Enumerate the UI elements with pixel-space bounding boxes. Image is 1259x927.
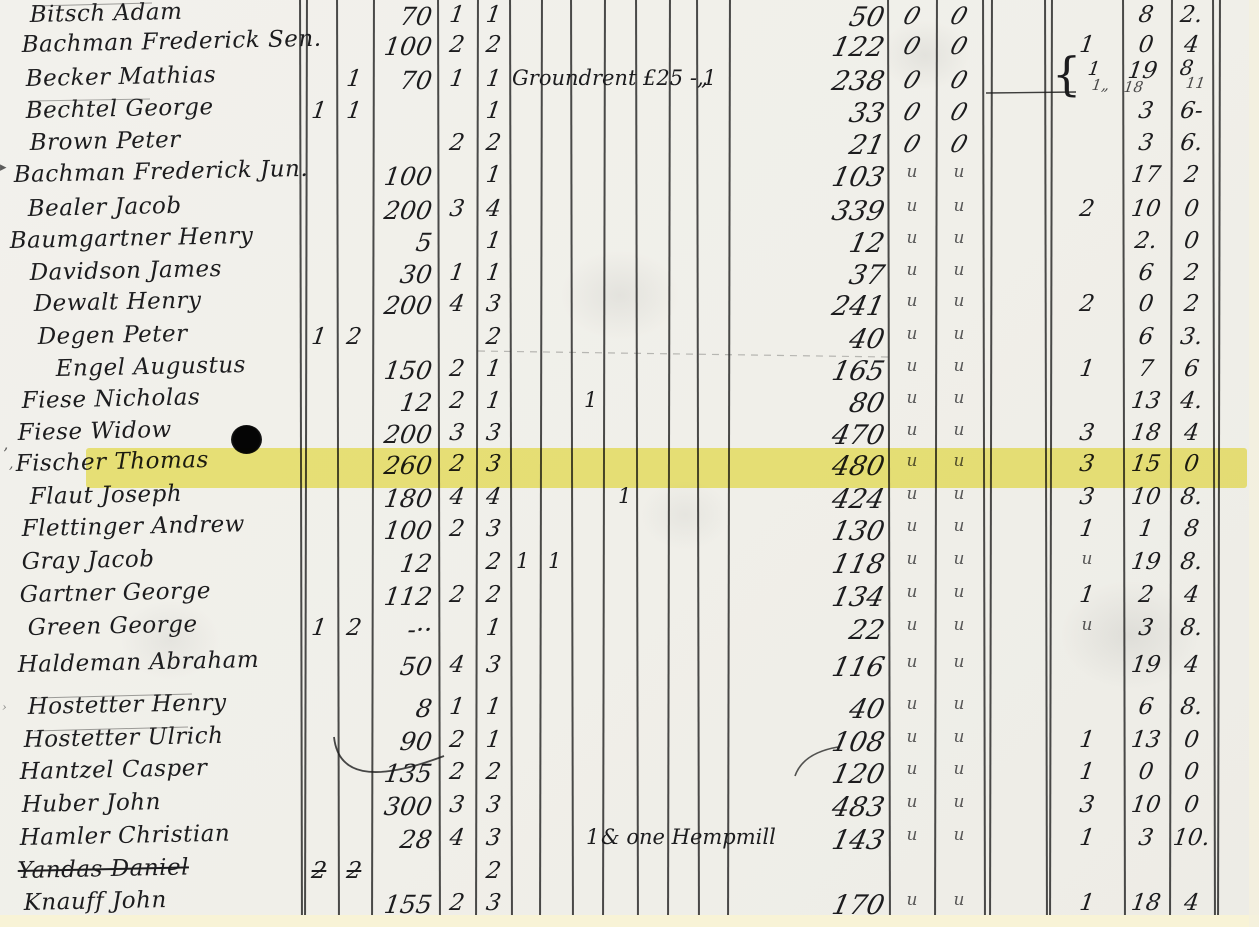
shillings-cell: 3 [1122,825,1170,851]
valuation-cell: 238 [733,66,888,97]
shillings-cell: 19 [1122,652,1170,678]
rate-col-2: u [937,356,981,376]
shillings-cell: 18 [1122,420,1170,446]
pence-cell: 8. [1169,484,1214,510]
count-col-1: 1 [438,66,476,92]
rate-col-1: u [890,825,934,845]
count-col-2: 3 [477,451,510,477]
count-col-2: 1 [477,98,510,124]
count-col-2: 1 [477,615,510,641]
count-col-1: 4 [438,291,476,317]
rate-col-1: 0 [885,2,938,30]
pounds-cell: 3 [1052,792,1122,818]
acreage-cell: -·· [362,615,434,644]
pence-cell: 3. [1169,324,1214,350]
count-col-2: 2 [477,32,510,58]
rate-col-1: u [890,356,934,376]
acreage-cell: 12 [362,388,434,417]
taxpayer-name: Degen Peter [37,321,187,350]
rate-col-2: u [937,324,981,344]
taxpayer-name: Green George [27,611,197,641]
rate-col-2: u [937,549,981,569]
ledger-row: Yandas Daniel222 [0,858,1259,890]
count-col-1: 3 [438,792,476,818]
ledger-row: Becker Mathias17011Groundrent £25 -„1238… [0,66,1259,98]
tally-col-a: 1 [300,615,338,641]
pounds-cell: 3 [1052,484,1122,510]
count-col-2: 1 [477,727,510,753]
count-col-2: 2 [477,130,510,156]
ledger-row: Bealer Jacob20034339uu2100 [0,196,1259,228]
ledger-row: Gartner George11222134uu124 [0,582,1259,614]
count-col-1: 2 [438,130,476,156]
tally-col-b: 2 [336,858,372,884]
count-col-2: 2 [477,759,510,785]
count-col-2: 3 [477,652,510,678]
ink-blot [231,425,262,454]
shillings-cell: 0 [1122,291,1170,317]
ledger-row: Degen Peter12240uu63. [0,324,1259,356]
pounds-cell: 1 [1052,727,1122,753]
shillings-cell: 7 [1122,356,1170,382]
taxpayer-name: Fiese Widow [17,417,172,446]
ledger-row: Bachman Frederick Jun.1001103uu172 [0,162,1259,194]
valuation-cell: 130 [733,516,888,547]
valuation-cell: 120 [733,759,888,790]
ledger-row: Fiese Nicholas1221180uu134. [0,388,1259,420]
valuation-cell: 21 [733,130,888,161]
pence-cell: 0 [1169,451,1214,477]
pence-cell: 10. [1169,825,1214,851]
valuation-cell: 116 [733,652,888,683]
valuation-cell: 470 [733,420,888,451]
acreage-cell: 8 [362,694,434,723]
shillings-cell: 19 [1122,549,1170,575]
acreage-cell: 200 [362,291,434,320]
shillings-cell: 3 [1122,615,1170,641]
taxpayer-name: Bechtel George [25,94,213,124]
pence-cell: 2 [1169,162,1214,188]
rate-col-2: 0 [932,130,985,158]
pounds-cell: 1 [1052,582,1122,608]
marginal-note: 1 [586,825,599,849]
count-col-2: 1 [477,66,510,92]
count-col-2: 1 [477,162,510,188]
shillings-cell: 17 [1122,162,1170,188]
taxpayer-name: Davidson James [29,256,222,286]
pounds-cell: u [1054,549,1120,569]
rate-col-1: 0 [885,66,938,94]
tally-col-a: 1 [300,324,338,350]
acreage-cell: 135 [362,759,434,788]
rate-col-1: u [890,388,934,408]
count-col-1: 4 [438,825,476,851]
ledger-row: Baumgartner Henry5112uu2.0 [0,228,1259,260]
acreage-cell: 70 [362,2,434,31]
rate-col-1: u [890,324,934,344]
taxpayer-name: Baumgartner Henry [9,223,253,254]
valuation-cell: 480 [733,451,888,482]
taxpayer-name: Hantzel Casper [19,755,207,785]
taxpayer-name: Hostetter Ulrich [23,723,223,753]
valuation-cell: 165 [733,356,888,387]
rate-col-1: u [890,228,934,248]
pence-cell: 4 [1169,890,1214,916]
shillings-cell: 6 [1122,694,1170,720]
pence-cell: 8 [1169,516,1214,542]
count-col-2: 1 [477,356,510,382]
shillings-cell: 2 [1122,582,1170,608]
pounds-cell: 1 [1052,825,1122,851]
count-col-2: 4 [477,196,510,222]
tally-col-b: 2 [336,324,372,350]
acreage-cell: 100 [362,162,434,191]
tally-col-b: 1 [336,98,372,124]
ledger-row: Haldeman Abraham5043116uu194 [0,652,1259,684]
rate-col-1: u [890,196,934,216]
taxpayer-name: Gartner George [19,578,211,608]
pence-cell: 0 [1169,196,1214,222]
shillings-cell: 8 [1122,2,1170,28]
ledger-row: Fischer Thomas26023480uu3150 [0,451,1259,483]
rate-col-2: 0 [932,98,985,126]
ledger-row: Huber John30033483uu3100 [0,792,1259,824]
pence-cell: 0 [1169,727,1214,753]
count-col-1: 2 [438,356,476,382]
valuation-cell: 108 [733,727,888,758]
shillings-cell: 13 [1122,727,1170,753]
count-col-2: 4 [477,484,510,510]
pence-cell: 8. [1169,694,1214,720]
shillings-cell: 15 [1122,451,1170,477]
count-col-2: 2 [477,858,510,884]
pence-cell: 8. [1169,549,1214,575]
marginal-note: 1 [618,484,631,508]
rate-col-1: u [890,484,934,504]
pence-cell: 2. [1169,2,1214,28]
pounds-cell-alt: 1„ [1091,76,1111,94]
taxpayer-name: Flettinger Andrew [21,511,245,542]
pounds-cell: 1 [1052,759,1122,785]
rate-col-2: u [937,162,981,182]
rate-col-1: u [890,549,934,569]
ledger-row: Brown Peter22210036. [0,130,1259,162]
rate-col-1: u [890,582,934,602]
taxpayer-name: Yandas Daniel [17,854,189,884]
pence-cell: 0 [1169,759,1214,785]
pence-cell: 4. [1169,388,1214,414]
paper-edge-bottom [0,915,1259,927]
rate-col-1: 0 [885,130,938,158]
pounds-cell: u [1054,615,1120,635]
shillings-cell: 0 [1122,759,1170,785]
rate-col-2: u [937,291,981,311]
acreage-cell: 200 [362,196,434,225]
marginal-note: 1 [516,549,529,573]
taxpayer-name: Fischer Thomas [15,447,209,477]
count-col-1: 2 [438,890,476,916]
valuation-cell: 339 [733,196,888,227]
pence-cell: 2 [1169,260,1214,286]
rate-col-2: 0 [932,2,985,30]
pounds-cell: 2 [1052,196,1122,222]
valuation-cell: 241 [733,291,888,322]
taxpayer-name: Gray Jacob [21,546,154,575]
count-col-2: 1 [477,694,510,720]
ledger-row: Green George12-··122uuu38. [0,615,1259,647]
rate-col-1: u [890,615,934,635]
pounds-cell: 1 [1052,516,1122,542]
count-col-2: 3 [477,291,510,317]
valuation-cell: 40 [733,694,888,725]
valuation-cell: 143 [733,825,888,856]
count-col-1: 2 [438,451,476,477]
count-col-2: 3 [477,792,510,818]
shillings-cell-alt: 18 [1123,78,1145,96]
rate-col-2: u [937,420,981,440]
pence-cell: 6- [1169,98,1214,124]
marginal-note: Groundrent £25 -„ [512,66,708,90]
rate-col-2: 0 [932,66,985,94]
rate-col-1: u [890,727,934,747]
acreage-cell: 260 [362,451,434,480]
ledger-row: Flaut Joseph180441424uu3108. [0,484,1259,516]
valuation-cell: 118 [733,549,888,580]
marginal-note: 1 [548,549,561,573]
acreage-cell: 200 [362,420,434,449]
rate-col-1: 0 [885,98,938,126]
taxpayer-name: Hostetter Henry [27,690,226,720]
ledger-row: Flettinger Andrew10023130uu118 [0,516,1259,548]
rate-col-1: u [890,420,934,440]
rate-col-2: u [937,516,981,536]
count-col-2: 3 [477,516,510,542]
pence-cell: 0 [1169,228,1214,254]
valuation-cell: 40 [733,324,888,355]
valuation-cell: 50 [733,2,888,33]
count-col-1: 1 [438,260,476,286]
rate-col-2: u [937,582,981,602]
marginal-note: 1 [703,66,716,90]
count-col-1: 4 [438,652,476,678]
count-col-1: 1 [438,694,476,720]
taxpayer-name: Engel Augustus [55,352,246,382]
acreage-cell: 70 [362,66,434,95]
acreage-cell: 100 [362,516,434,545]
count-col-1: 1 [438,2,476,28]
shillings-cell: 18 [1122,890,1170,916]
shillings-cell: 10 [1122,484,1170,510]
acreage-cell: 5 [362,228,434,257]
taxpayer-name: Fiese Nicholas [21,384,200,414]
count-col-1: 4 [438,484,476,510]
count-col-2: 2 [477,549,510,575]
rate-col-2: u [937,890,981,910]
acreage-cell: 100 [362,32,434,61]
ledger-row: Gray Jacob12211118uuu198. [0,549,1259,581]
pounds-cell: 1 [1052,356,1122,382]
taxpayer-name: Hamler Christian [19,821,230,851]
acreage-cell: 50 [362,652,434,681]
marginal-note: 1 [584,388,597,412]
taxpayer-name: Knauff John [23,887,167,916]
count-col-1: 2 [438,727,476,753]
taxpayer-name: Bealer Jacob [27,193,181,222]
acreage-cell: 300 [362,792,434,821]
valuation-cell: 80 [733,388,888,419]
rate-col-1: 0 [885,32,938,60]
acreage-cell: 30 [362,260,434,289]
rate-col-1: u [890,291,934,311]
pence-cell: 4 [1169,420,1214,446]
taxpayer-name: Becker Mathias [25,62,216,92]
valuation-cell: 134 [733,582,888,613]
pence-cell: 8. [1169,615,1214,641]
paper-edge-right [1249,0,1259,927]
pence-cell: 4 [1169,582,1214,608]
pence-cell: 4 [1169,32,1214,58]
shillings-cell: 10 [1122,792,1170,818]
pounds-cell: 2 [1052,291,1122,317]
ledger-row: Engel Augustus15021165uu176 [0,356,1259,388]
ledger-row: Bechtel George111330036- [0,98,1259,130]
ledger-row: Hamler Christian28431& one Hempmill143uu… [0,825,1259,857]
tally-col-a: 1 [300,98,338,124]
count-col-2: 2 [477,324,510,350]
rate-col-1: u [890,162,934,182]
count-col-2: 1 [477,260,510,286]
taxpayer-name: Flaut Joseph [29,481,182,510]
acreage-cell: 150 [362,356,434,385]
rate-col-2: u [937,615,981,635]
valuation-cell: 33 [733,98,888,129]
valuation-cell: 122 [733,32,888,63]
shillings-cell: 0 [1122,32,1170,58]
rate-col-2: u [937,759,981,779]
pence-cell: 6 [1169,356,1214,382]
rate-col-2: u [937,727,981,747]
valuation-cell: 37 [733,260,888,291]
margin-mark: › [2,700,7,714]
acreage-cell: 90 [362,727,434,756]
ledger-row: Hantzel Casper13522120uu100 [0,759,1259,791]
ledger-row: Dewalt Henry20043241uu202 [0,291,1259,323]
shillings-cell: 6 [1122,324,1170,350]
count-col-1: 2 [438,388,476,414]
margin-mark: , [9,456,13,472]
rate-col-2: 0 [932,32,985,60]
valuation-cell: 424 [733,484,888,515]
count-col-1: 2 [438,759,476,785]
valuation-cell: 22 [733,615,888,646]
acreage-cell: 112 [362,582,434,611]
acreage-cell: 180 [362,484,434,513]
count-col-1: 3 [438,196,476,222]
valuation-cell: 103 [733,162,888,193]
shillings-cell: 3 [1122,130,1170,156]
pounds-cell: 3 [1052,420,1122,446]
rate-col-1: u [890,652,934,672]
taxpayer-name: Dewalt Henry [33,287,201,317]
tally-col-a: 2 [300,858,338,884]
margin-mark: ▸ [0,160,7,175]
count-col-2: 1 [477,388,510,414]
rate-col-2: u [937,260,981,280]
pounds-cell: 3 [1052,451,1122,477]
count-col-2: 1 [477,228,510,254]
shillings-cell: 2. [1122,228,1170,254]
taxpayer-name: Huber John [21,789,161,818]
rate-col-2: u [937,388,981,408]
count-col-1: 2 [438,32,476,58]
rate-col-2: u [937,652,981,672]
rate-col-1: u [890,792,934,812]
taxpayer-name: Bitsch Adam [29,0,182,28]
count-col-2: 3 [477,890,510,916]
rate-col-1: u [890,451,934,471]
taxpayer-name: Bachman Frederick Sen. [21,26,321,58]
count-col-2: 3 [477,420,510,446]
taxpayer-name: Haldeman Abraham [17,647,259,678]
rate-col-2: u [937,484,981,504]
ledger-page: Bitsch Adam7011500082.Bachman Frederick … [0,0,1259,927]
count-col-1: 2 [438,516,476,542]
rate-col-2: u [937,825,981,845]
valuation-cell: 483 [733,792,888,823]
pence-cell: 4 [1169,652,1214,678]
rate-col-2: u [937,451,981,471]
rate-col-2: u [937,196,981,216]
rate-col-1: u [890,890,934,910]
count-col-1: 3 [438,420,476,446]
rate-col-1: u [890,694,934,714]
shillings-cell: 6 [1122,260,1170,286]
rate-col-2: u [937,792,981,812]
valuation-cell: 12 [733,228,888,259]
count-col-2: 1 [477,2,510,28]
pence-cell: 6. [1169,130,1214,156]
taxpayer-name: Bachman Frederick Jun. [13,156,308,188]
count-col-2: 2 [477,582,510,608]
margin-mark: ’ [3,444,8,463]
rate-col-1: u [890,260,934,280]
acreage-cell: 12 [362,549,434,578]
shillings-cell: 3 [1122,98,1170,124]
rate-col-1: u [890,759,934,779]
pence-cell: 2 [1169,291,1214,317]
taxpayer-name: Brown Peter [29,127,180,156]
shillings-cell: 10 [1122,196,1170,222]
count-col-2: 3 [477,825,510,851]
pence-cell: 0 [1169,792,1214,818]
pence-cell-alt: 11 [1185,74,1207,92]
correction-brace: { [1052,54,1081,94]
ledger-row: Hostetter Henry81140uu68. [0,694,1259,726]
pounds-cell: 1 [1052,890,1122,916]
acreage-cell: 28 [362,825,434,854]
rate-col-2: u [937,694,981,714]
rate-col-2: u [937,228,981,248]
shillings-cell: 13 [1122,388,1170,414]
count-col-1: 2 [438,582,476,608]
rate-col-1: u [890,516,934,536]
shillings-cell: 1 [1122,516,1170,542]
ledger-row: Hostetter Ulrich9021108uu1130 [0,727,1259,759]
